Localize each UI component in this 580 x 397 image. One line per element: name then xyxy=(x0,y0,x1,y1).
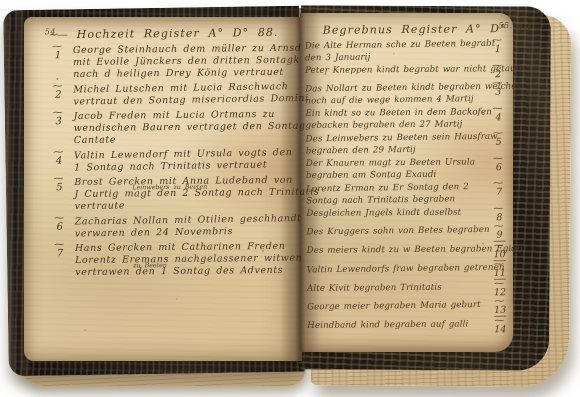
entry-line: nach d heiligen Drey König vertrauet xyxy=(73,67,297,81)
entry-number: ~1 xyxy=(485,39,511,62)
register-entry: ~1George Steinhauch dem müller zu Arnsdm… xyxy=(43,43,297,82)
entry-lines: Alte Kivit begraben Trinitatis xyxy=(307,282,487,300)
register-entry: ~3Jacob Freden mit Lucia Ortmans zuwendi… xyxy=(44,109,298,148)
register-entry: Ein kindt so zu Beeten in dem Backofenge… xyxy=(305,107,511,132)
entry-lines: Heindband kind begraben auf galli xyxy=(307,319,487,337)
left-page-content: 54. ~— Hochzeit Register A° D° 88. ~1Geo… xyxy=(43,23,300,283)
register-entry: Des Leinwebers zu Beeten sein Hausfrawbe… xyxy=(306,132,512,158)
number-flourish: ~ xyxy=(479,282,521,287)
entry-number: ~4 xyxy=(44,151,74,175)
entry-number: ~3 xyxy=(44,111,74,147)
entry-line: George meier begraben Maria geburt xyxy=(307,300,487,314)
entry-lines: Valtin Lewendorf mit Ursula vogts den1 S… xyxy=(74,147,298,175)
number-flourish: ~ xyxy=(479,224,521,230)
register-entry: Valtin Lewendorfs fraw begraben getrenen… xyxy=(307,263,513,283)
entry-lines: Michel Lutschen mit Lucia Raschwachvertr… xyxy=(73,81,297,109)
entry-number: ~7 xyxy=(486,182,512,205)
entry-lines: Der Knauren magt zu Beeten Ursulabegrabe… xyxy=(306,157,486,182)
number-flourish: ~ xyxy=(478,107,520,112)
interlinear-note: zu Beeten xyxy=(133,260,167,272)
entry-line: gebacken begraben den 27 Martij xyxy=(305,119,485,132)
entry-line: den 3 Januarij xyxy=(305,50,485,64)
register-entry: George meier begraben Maria geburt~13 xyxy=(307,300,513,320)
register-entry: ~7Hans Gercken mit Catharinen FredenLore… xyxy=(45,241,299,280)
register-entry: Der Knauren magt zu Beeten Ursulabegrabe… xyxy=(306,157,512,182)
register-entry: Heindband kind begraben auf galli~14 xyxy=(307,319,513,337)
entry-line: verwaren den 24 Novembris xyxy=(75,225,299,241)
entry-lines: Brost Gercken mit Anna Ludeband vonJ Cur… xyxy=(74,175,298,213)
number-flourish: ~ xyxy=(478,207,520,212)
entry-lines: George meier begraben Maria geburt xyxy=(307,300,487,320)
entry-number: ~5 xyxy=(486,132,512,155)
entry-line: Peter Kneppen kindt begrabt war nicht ge… xyxy=(305,64,485,77)
entry-lines: Jacob Freden mit Lucia Ortmans zuwendisc… xyxy=(74,109,298,147)
entry-lines: Peter Kneppen kindt begrabt war nicht ge… xyxy=(305,64,485,82)
entry-line: Valtin Lewendorfs fraw begraben getrenen xyxy=(307,263,487,277)
entry-line: 1 Sontag nach Trinitatis vertrauet xyxy=(74,159,298,175)
register-entry: Peter Kneppen kindt begrabt war nicht ge… xyxy=(305,64,511,82)
right-page-content: Begrebnus Register A° D° 88 55. Die Alte… xyxy=(305,19,514,339)
number-flourish: ~ xyxy=(479,262,521,268)
entry-number: ~3 xyxy=(485,82,511,105)
entry-lines: Ein kindt so zu Beeten in dem Backofenge… xyxy=(305,107,485,132)
entry-line: Alte Kivit begraben Trinitatis xyxy=(307,282,487,295)
entry-number: ~4 xyxy=(485,107,511,130)
entry-lines: Valtin Lewendorfs fraw begraben getrenen xyxy=(307,263,487,283)
entry-lines: George Steinhauch dem müller zu Arnsdmit… xyxy=(73,43,297,81)
entry-lines: Lorentz Erman zu Er Sontag den 2Sontag n… xyxy=(306,182,486,208)
entry-lines: Des Leinwebers zu Beeten sein Hausfrawbe… xyxy=(306,132,486,158)
entry-line: Heindband kind begraben auf galli xyxy=(307,319,487,332)
entry-lines: Zacharias Nollan mit Otilien geschhandtv… xyxy=(75,213,299,241)
entry-lines: Hans Gercken mit Catharinen FredenLorent… xyxy=(75,241,299,279)
entry-number: ~6 xyxy=(45,217,75,241)
number-flourish: ~ xyxy=(477,38,519,44)
entry-number: ~6 xyxy=(486,157,512,180)
number-flourish: ~ xyxy=(478,181,520,187)
register-entry: Des meiers kindt zu w Beeten begraben Eg… xyxy=(307,244,513,263)
entry-number: ~14 xyxy=(487,319,513,335)
entry-lines: Das Nollart zu Beeten kindt begraben wel… xyxy=(305,82,485,108)
entry-line: Cantate xyxy=(74,133,298,147)
entry-number: ~1 xyxy=(43,45,73,81)
left-page-header: 54. ~— Hochzeit Register A° D° 88. xyxy=(43,23,297,44)
entry-lines: Die Alte Herman sche zu Beeten begrabtde… xyxy=(305,39,485,65)
entry-line: Des meiers kindt zu w Beeten begraben Eg… xyxy=(307,244,487,257)
register-entry: ~2Michel Lutschen mit Lucia Raschwachver… xyxy=(43,81,297,109)
marriage-entries: ~1George Steinhauch dem müller zu Arnsdm… xyxy=(43,43,299,280)
number-flourish: ~ xyxy=(478,131,520,137)
right-page-number: 55. xyxy=(498,21,512,30)
interlinear-note: Leinwebers zu Beeten xyxy=(132,182,207,195)
number-flourish: ~ xyxy=(479,244,521,249)
entry-number: ~7 xyxy=(45,243,75,279)
register-entry: ~6Zacharias Nollan mit Otilien geschhand… xyxy=(45,213,299,241)
entry-line: Des Kruggers sohn von Betes begraben xyxy=(306,225,486,239)
number-flourish: ~ xyxy=(478,157,520,162)
entry-lines: Des meiers kindt zu w Beeten begraben Eg… xyxy=(307,244,487,263)
register-entry: Das Nollart zu Beeten kindt begraben wel… xyxy=(305,82,511,108)
number-flourish: ~ xyxy=(477,64,519,69)
entry-line: begraben den 29 Martij xyxy=(306,143,486,157)
number-flourish: ~ xyxy=(477,81,519,87)
burial-entries: Die Alte Herman sche zu Beeten begrabtde… xyxy=(305,39,514,337)
number-flourish: ~ xyxy=(479,319,521,324)
right-page-header: Begrebnus Register A° D° 88 55. xyxy=(305,19,511,39)
register-entry: Desgleichen Jngels kindt daselbst~8 xyxy=(306,207,512,225)
register-entry: Alte Kivit begraben Trinitatis~12 xyxy=(307,282,513,300)
entry-line: vertrawen den 1 Sontag des Adventszu Bee… xyxy=(75,265,299,279)
entry-line: begraben am Sontag Exaudi xyxy=(306,169,486,182)
register-entry: Des Kruggers sohn von Betes begraben~9 xyxy=(306,225,512,245)
entry-line: vertraut den Sontag misericordias Domini xyxy=(73,93,297,109)
number-flourish: ~ xyxy=(479,299,521,305)
entry-lines: Des Kruggers sohn von Betes begraben xyxy=(306,225,486,245)
register-entry: ~4Valtin Lewendorf mit Ursula vogts den1… xyxy=(44,147,298,175)
entry-number: ~13 xyxy=(487,300,513,317)
marriage-register-title: Hochzeit Register A° D° 88. xyxy=(77,26,279,41)
header-flourish: ~— xyxy=(49,28,67,41)
register-entry: ~5Brost Gercken mit Anna Ludeband vonJ C… xyxy=(44,175,298,214)
entry-line: Sontag nach Trinitatis begraben xyxy=(306,193,486,207)
entry-line: noch auf die wege kommen 4 Martij xyxy=(305,93,485,107)
entry-number: ~2 xyxy=(43,85,73,109)
entry-number: ~5 xyxy=(44,177,74,213)
entry-line: Desgleichen Jngels kindt daselbst xyxy=(306,207,486,220)
entry-line: vertraute xyxy=(75,199,299,213)
entry-number: ~9 xyxy=(486,225,512,242)
register-entry: Die Alte Herman sche zu Beeten begrabtde… xyxy=(305,39,511,65)
register-entry: Lorentz Erman zu Er Sontag den 2Sontag n… xyxy=(306,182,512,208)
manuscript-photo: 54. ~— Hochzeit Register A° D° 88. ~1Geo… xyxy=(0,0,580,397)
entry-lines: Desgleichen Jngels kindt daselbst xyxy=(306,207,486,225)
